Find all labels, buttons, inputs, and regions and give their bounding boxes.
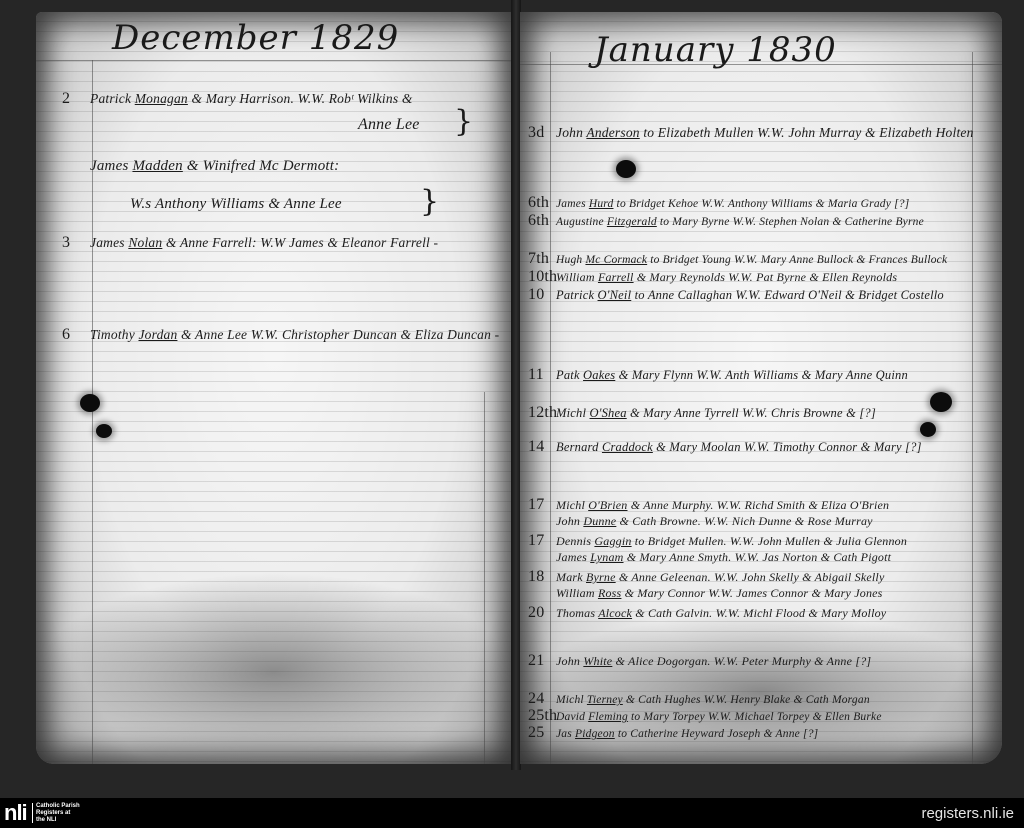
site-url-link[interactable]: registers.nli.ie bbox=[921, 805, 1014, 822]
register-entry: John Dunne & Cath Browne. W.W. Nich Dunn… bbox=[528, 514, 873, 529]
entry-details: & Cath Galvin. W.W. Michl Flood & Mary M… bbox=[632, 606, 886, 620]
entry-details: to Bridget Young W.W. Mary Anne Bullock … bbox=[647, 254, 947, 266]
entry-details: & Mary Anne Smyth. W.W. Jas Norton & Cat… bbox=[624, 550, 892, 564]
register-entry: 2Patrick Monagan & Mary Harrison. W.W. R… bbox=[62, 90, 413, 108]
entry-details: & Anne Geleenan. W.W. John Skelly & Abig… bbox=[616, 570, 885, 584]
register-entry: 20Thomas Alcock & Cath Galvin. W.W. Mich… bbox=[528, 604, 886, 622]
entry-details: & Mary Flynn W.W. Anth Williams & Mary A… bbox=[615, 368, 908, 382]
register-entry: 14Bernard Craddock & Mary Moolan W.W. Ti… bbox=[528, 438, 922, 456]
entry-details: to Catherine Heyward Joseph & Anne [?] bbox=[615, 728, 819, 740]
groom-first-name: John bbox=[556, 514, 580, 528]
right-margin-rule bbox=[484, 392, 485, 764]
register-entry: 18Mark Byrne & Anne Geleenan. W.W. John … bbox=[528, 568, 884, 586]
entry-day: 20 bbox=[528, 604, 556, 622]
right-register-page: January 1830 3dJohn Anderson to Elizabet… bbox=[520, 12, 1002, 764]
entry-details: & Mary Connor W.W. James Connor & Mary J… bbox=[621, 586, 882, 600]
entry-details: to Anne Callaghan W.W. Edward O'Neil & B… bbox=[631, 288, 944, 302]
entry-details: & Cath Browne. W.W. Nich Dunne & Rose Mu… bbox=[616, 514, 872, 528]
register-image-viewer[interactable]: December 1829 2Patrick Monagan & Mary Ha… bbox=[0, 0, 1024, 798]
groom-surname: O'Shea bbox=[590, 406, 627, 420]
register-entry: 3James Nolan & Anne Farrell: W.W James &… bbox=[62, 234, 438, 252]
groom-first-name: William bbox=[556, 270, 595, 284]
entry-details: & Anne Lee W.W. Christopher Duncan & Eli… bbox=[177, 327, 499, 342]
entry-day: 18 bbox=[528, 568, 556, 586]
register-entry: James Lynam & Mary Anne Smyth. W.W. Jas … bbox=[528, 550, 891, 565]
entry-details: to Elizabeth Mullen W.W. John Murray & E… bbox=[640, 125, 974, 140]
logo-caption-line: the NLI bbox=[36, 817, 96, 824]
groom-surname: Craddock bbox=[602, 440, 653, 454]
nli-logo[interactable]: nli bbox=[4, 802, 27, 824]
ink-blot bbox=[920, 422, 936, 437]
entry-day: 6th bbox=[528, 194, 556, 212]
groom-first-name: David bbox=[556, 711, 585, 723]
groom-first-name: Jas bbox=[556, 728, 572, 740]
groom-first-name: John bbox=[556, 125, 583, 140]
register-entry: 11Patk Oakes & Mary Flynn W.W. Anth Will… bbox=[528, 366, 908, 384]
groom-first-name: Michl bbox=[556, 406, 586, 420]
entry-details: to Mary Torpey W.W. Michael Torpey & Ell… bbox=[628, 711, 882, 723]
logo-divider bbox=[32, 803, 33, 823]
register-entry: 7thHugh Mc Cormack to Bridget Young W.W.… bbox=[528, 250, 947, 268]
groom-first-name: James bbox=[556, 550, 587, 564]
page-heading-december-1829: December 1829 bbox=[112, 18, 399, 58]
groom-surname: Gaggin bbox=[594, 534, 631, 548]
groom-first-name: Patrick bbox=[556, 288, 594, 302]
groom-surname: Oakes bbox=[583, 368, 615, 382]
entry-day: 14 bbox=[528, 438, 556, 456]
groom-surname: Hurd bbox=[589, 198, 614, 210]
ink-blot bbox=[96, 424, 112, 438]
entry-details: & Mary Moolan W.W. Timothy Connor & Mary… bbox=[653, 440, 922, 454]
logo-caption-line: Catholic Parish bbox=[36, 803, 96, 810]
groom-surname: Nolan bbox=[128, 235, 162, 250]
entry-details: & Mary Anne Tyrrell W.W. Chris Browne & … bbox=[627, 406, 876, 420]
entry-details: to Bridget Mullen. W.W. John Mullen & Ju… bbox=[632, 534, 907, 548]
register-entry: 6Timothy Jordan & Anne Lee W.W. Christop… bbox=[62, 326, 499, 344]
groom-first-name: Michl bbox=[556, 498, 585, 512]
register-entry: 25thDavid Fleming to Mary Torpey W.W. Mi… bbox=[528, 707, 882, 725]
register-entry: 25Jas Pidgeon to Catherine Heyward Josep… bbox=[528, 724, 818, 742]
register-entry: 10Patrick O'Neil to Anne Callaghan W.W. … bbox=[528, 286, 944, 304]
register-entry: 17Michl O'Brien & Anne Murphy. W.W. Rich… bbox=[528, 496, 889, 514]
groom-first-name: Patk bbox=[556, 368, 580, 382]
entry-details: to Bridget Kehoe W.W. Anthony Williams &… bbox=[613, 198, 909, 210]
groom-surname: Jordan bbox=[138, 327, 177, 342]
register-entry: 6thAugustine Fitzgerald to Mary Byrne W.… bbox=[528, 212, 924, 230]
groom-first-name: Michl bbox=[556, 694, 584, 706]
entry-day: 10 bbox=[528, 286, 556, 304]
entry-day: 2 bbox=[62, 90, 90, 108]
groom-surname: Madden bbox=[132, 158, 182, 174]
groom-surname: Alcock bbox=[598, 606, 632, 620]
groom-first-name: Hugh bbox=[556, 254, 582, 266]
groom-first-name: Thomas bbox=[556, 606, 595, 620]
brace-mark: } bbox=[454, 104, 473, 139]
left-register-page: December 1829 2Patrick Monagan & Mary Ha… bbox=[36, 12, 512, 764]
groom-surname: White bbox=[583, 654, 612, 668]
groom-surname: Pidgeon bbox=[575, 728, 615, 740]
entry-day: 6 bbox=[62, 326, 90, 344]
entry-day: 12th bbox=[528, 404, 556, 422]
register-entry: 21John White & Alice Dogorgan. W.W. Pete… bbox=[528, 652, 871, 670]
groom-surname: Mc Cormack bbox=[585, 254, 647, 266]
entry-day: 7th bbox=[528, 250, 556, 268]
entry-details: & Anne Murphy. W.W. Richd Smith & Eliza … bbox=[628, 498, 890, 512]
groom-surname: O'Neil bbox=[598, 288, 632, 302]
logo-caption: Catholic Parish Registers at the NLI bbox=[36, 803, 96, 824]
groom-first-name: Dennis bbox=[556, 534, 591, 548]
groom-first-name: James bbox=[90, 158, 129, 174]
logo-caption-line: Registers at bbox=[36, 810, 96, 817]
groom-first-name: James bbox=[556, 198, 586, 210]
entry-day: 6th bbox=[528, 212, 556, 230]
water-stain bbox=[36, 572, 512, 764]
groom-surname: Byrne bbox=[586, 570, 616, 584]
entry-details: to Mary Byrne W.W. Stephen Nolan & Cathe… bbox=[657, 216, 924, 228]
groom-surname: Lynam bbox=[590, 550, 623, 564]
groom-surname: Ross bbox=[598, 586, 621, 600]
entry-day: 3d bbox=[528, 124, 556, 142]
groom-first-name: William bbox=[556, 586, 595, 600]
entry-day: 24 bbox=[528, 690, 556, 708]
entry-details: & Mary Harrison. W.W. Robᵗ Wilkins & bbox=[188, 91, 413, 106]
entry-details: & Alice Dogorgan. W.W. Peter Murphy & An… bbox=[612, 654, 871, 668]
groom-first-name: Patrick bbox=[90, 91, 131, 106]
entry-day: 25th bbox=[528, 707, 556, 725]
entry-details: & Mary Reynolds W.W. Pat Byrne & Ellen R… bbox=[634, 270, 898, 284]
ink-blot bbox=[616, 160, 636, 178]
groom-first-name: James bbox=[90, 235, 125, 250]
groom-first-name: Timothy bbox=[90, 327, 135, 342]
entry-day: 3 bbox=[62, 234, 90, 252]
groom-surname: Anderson bbox=[586, 125, 639, 140]
register-entry: 17Dennis Gaggin to Bridget Mullen. W.W. … bbox=[528, 532, 907, 550]
register-entry-continuation: Anne Lee bbox=[358, 116, 420, 134]
entry-details: & Anne Farrell: W.W James & Eleanor Farr… bbox=[162, 235, 438, 250]
groom-surname: O'Brien bbox=[588, 498, 627, 512]
register-entry: 3dJohn Anderson to Elizabeth Mullen W.W.… bbox=[528, 124, 974, 142]
footer-bar: nli Catholic Parish Registers at the NLI… bbox=[0, 798, 1024, 828]
groom-surname: Dunne bbox=[583, 514, 616, 528]
entry-day: 25 bbox=[528, 724, 556, 742]
entry-day: 21 bbox=[528, 652, 556, 670]
groom-surname: Monagan bbox=[135, 91, 188, 106]
groom-surname: Tierney bbox=[587, 694, 623, 706]
right-margin-rule bbox=[972, 52, 973, 764]
groom-first-name: John bbox=[556, 654, 580, 668]
register-entry: William Ross & Mary Connor W.W. James Co… bbox=[528, 586, 883, 601]
entry-day: 10th bbox=[528, 268, 556, 286]
ink-blot bbox=[80, 394, 100, 412]
register-entry: 12thMichl O'Shea & Mary Anne Tyrrell W.W… bbox=[528, 404, 876, 422]
groom-first-name: Mark bbox=[556, 570, 583, 584]
entry-details: & Winifred Mc Dermott: bbox=[183, 158, 340, 174]
groom-surname: Farrell bbox=[598, 270, 634, 284]
register-entry: 24Michl Tierney & Cath Hughes W.W. Henry… bbox=[528, 690, 870, 708]
entry-day: 17 bbox=[528, 496, 556, 514]
entry-day: 17 bbox=[528, 532, 556, 550]
header-rule bbox=[36, 60, 512, 61]
brace-mark: } bbox=[420, 184, 439, 219]
entry-details: & Cath Hughes W.W. Henry Blake & Cath Mo… bbox=[623, 694, 870, 706]
register-entry: 6thJames Hurd to Bridget Kehoe W.W. Anth… bbox=[528, 194, 909, 212]
groom-surname: Fitzgerald bbox=[607, 216, 657, 228]
page-heading-january-1830: January 1830 bbox=[594, 30, 837, 70]
groom-surname: Fleming bbox=[588, 711, 628, 723]
ink-blot bbox=[930, 392, 952, 412]
groom-first-name: Bernard bbox=[556, 440, 599, 454]
register-entry: James Madden & Winifred Mc Dermott: bbox=[90, 158, 339, 175]
entry-day: 11 bbox=[528, 366, 556, 384]
register-entry: 10thWilliam Farrell & Mary Reynolds W.W.… bbox=[528, 268, 897, 286]
register-entry-witnesses: W.s Anthony Williams & Anne Lee bbox=[130, 196, 342, 213]
groom-first-name: Augustine bbox=[556, 216, 604, 228]
